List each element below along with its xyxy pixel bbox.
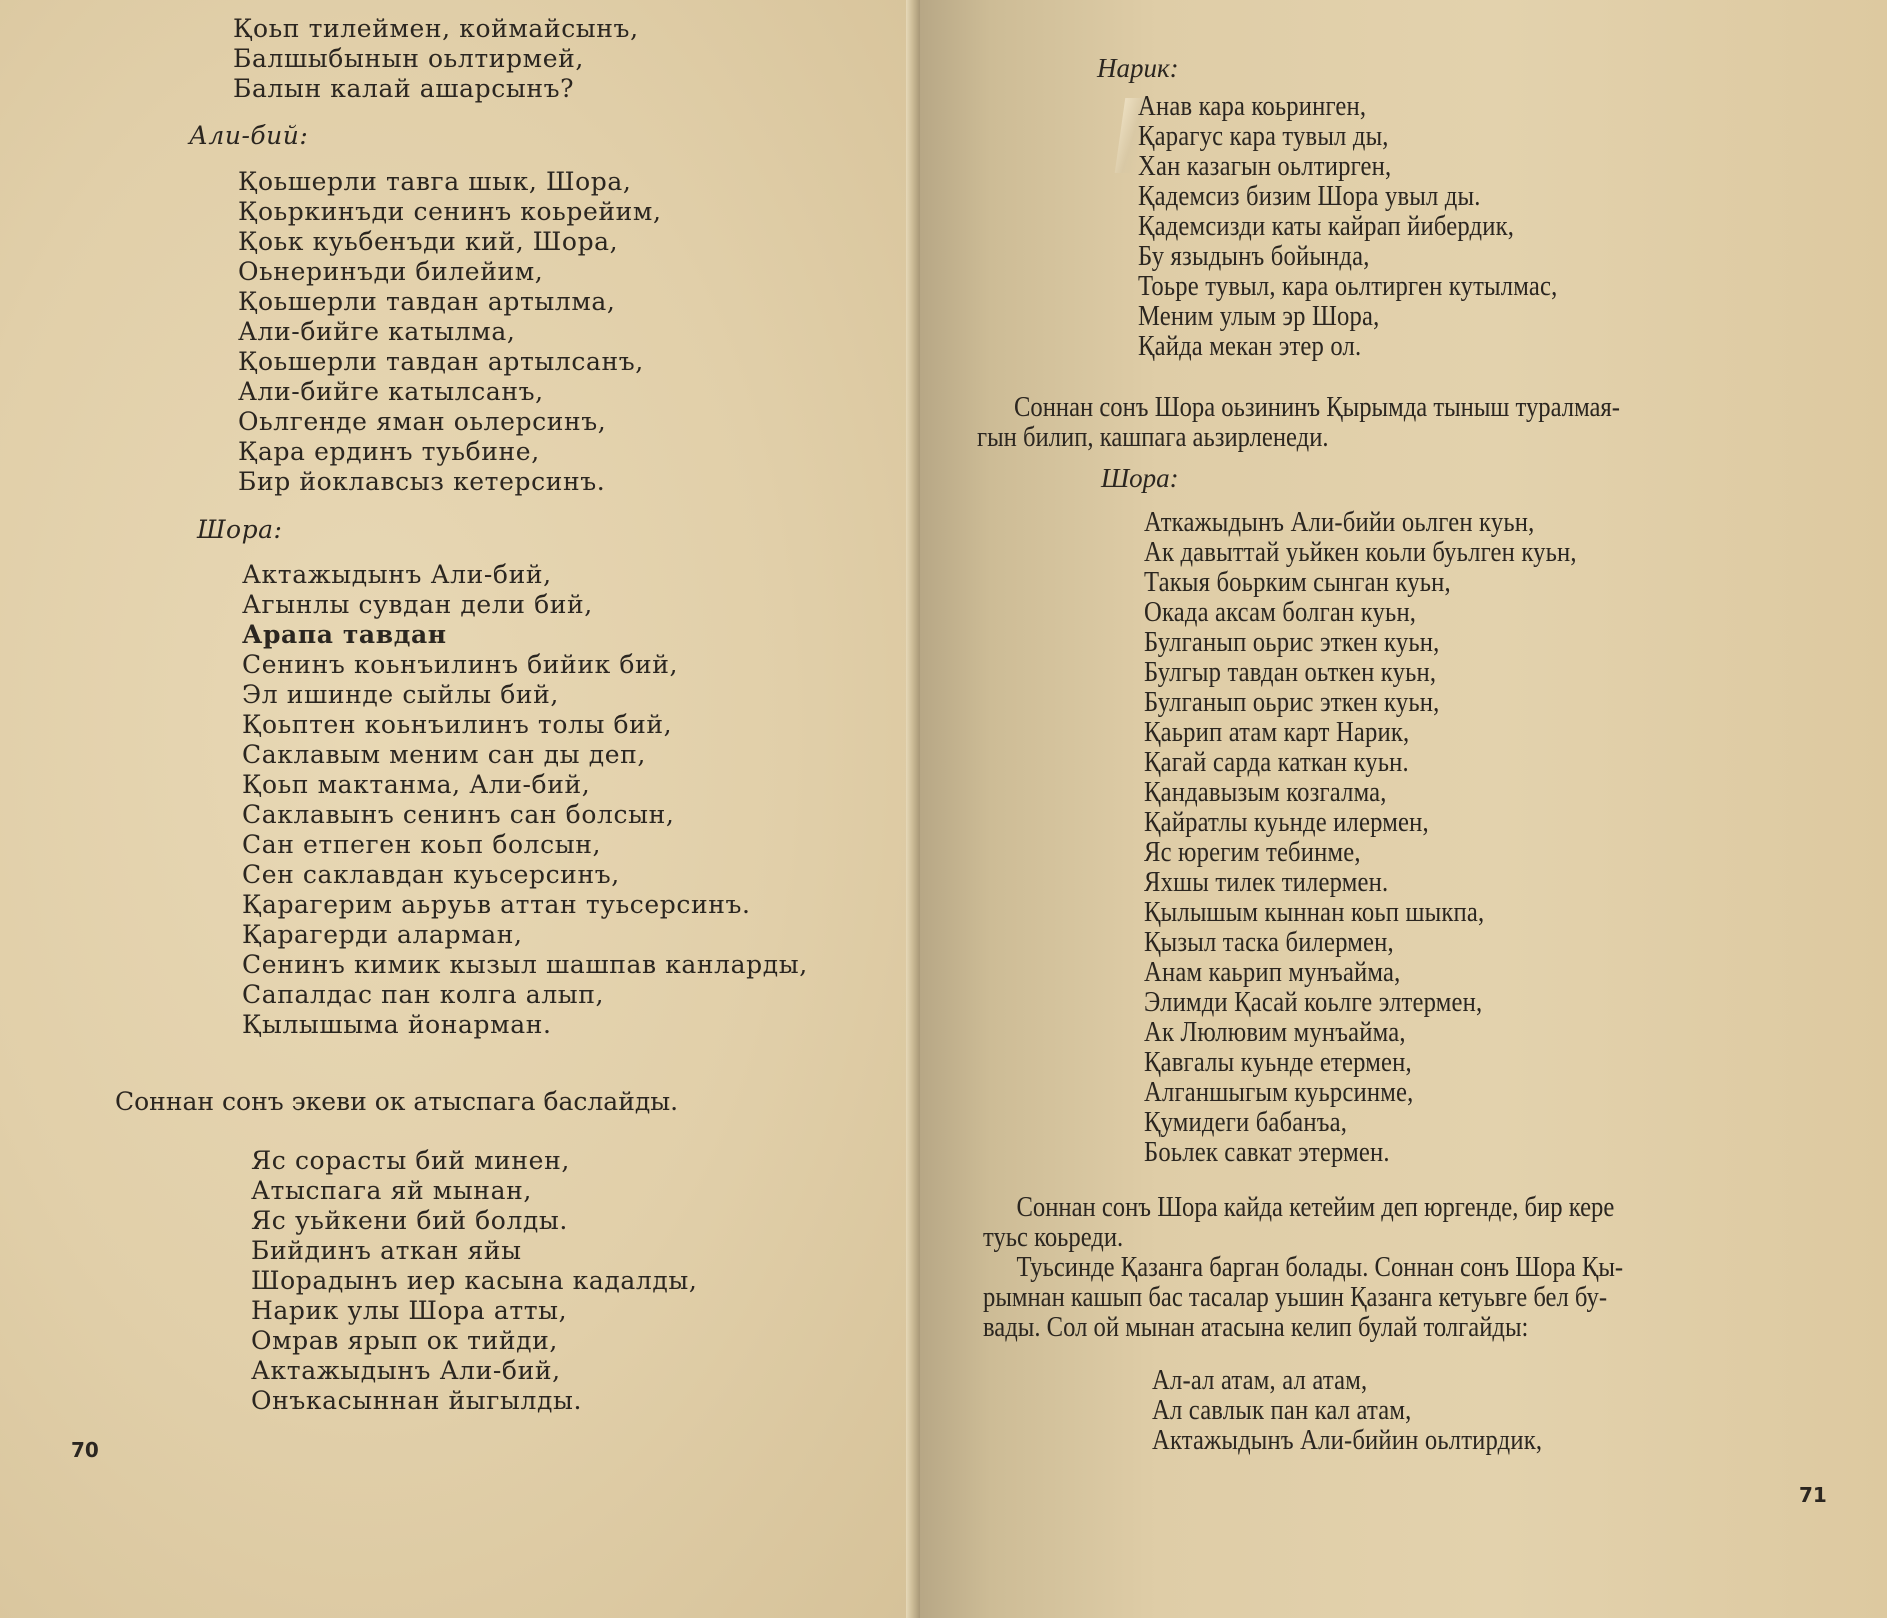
verse-line: Қагай сарда каткан куьн. [1144,748,1577,778]
verse-line: Алганшыгым куьрсинме, [1144,1078,1577,1108]
verse-line: Актажыдынъ Али-бий, [251,1356,697,1386]
right-stanza-shora: Аткажыдынъ Али-бийи оьлген куьн, Ак давы… [1144,508,1577,1168]
verse-line: Онъкасыннан йыгылды. [251,1386,697,1416]
verse-line: Такыя боьрким сынган куьн, [1144,568,1577,598]
narration-paragraph: Соннан сонъ Шора кайда кетейим деп юрген… [983,1193,1614,1253]
verse-line: Булганып оьрис эткен куьн, [1144,688,1577,718]
verse-line: Яс сорасты бий минен, [251,1146,697,1176]
verse-line: Булгыр тавдан оьткен куьн, [1144,658,1577,688]
verse-line: Анам каьрип мунъайма, [1144,958,1577,988]
narration-paragraph: Соннан сонъ экеви ок атыспага баслайды. [115,1087,678,1117]
narration-paragraph: Соннан сонъ Шора оьзининъ Қырымда тыныш … [977,393,1620,453]
verse-line: Актажыдынъ Али-бий, [242,560,808,590]
verse-line: Бийдинъ аткан яйы [251,1236,697,1266]
verse-line: Қайда мекан этер ол. [1138,332,1557,362]
verse-line: Оьлгенде яман оьлерсинъ, [238,407,662,437]
verse-line: Ал савлык пан кал атам, [1152,1396,1542,1426]
verse-line: Сапалдас пан колга алып, [242,980,808,1010]
verse-line: Қарагерди аларман, [242,920,808,950]
verse-line: Қаьрип атам карт Нарик, [1144,718,1577,748]
verse-line: Қандавызым козгалма, [1144,778,1577,808]
verse-line: Саклавынъ сенинъ сан болсын, [242,800,808,830]
verse-line: Бу языдынъ бойында, [1138,242,1557,272]
left-opening-stanza: Қоьп тилеймен, коймайсынъ, Балшыбынын оь… [233,14,639,104]
verse-line: Шорадынъ иер касына кадалды, [251,1266,697,1296]
verse-line: Қылышыма йонарман. [242,1010,808,1040]
verse-line: Қоьркинъди сенинъ коьрейим, [238,197,662,227]
verse-line: Анав кара коьринген, [1138,92,1557,122]
verse-line: Ал-ал атам, ал атам, [1152,1366,1542,1396]
verse-line: Али-бийге катылма, [238,317,662,347]
verse-line: Сенинъ кимик кызыл шашпав канларды, [242,950,808,980]
prose-line: Туьсинде Қазанга барган болады. Соннан с… [983,1253,1623,1283]
verse-line: Қадемсиз бизим Шора увыл ды. [1138,182,1557,212]
verse-line: Қоьптен коьнъилинъ толы бий, [242,710,808,740]
narration-paragraph: Туьсинде Қазанга барган болады. Соннан с… [983,1253,1623,1343]
verse-line: Қызыл таска билермен, [1144,928,1577,958]
prose-line: гын билип, кашпага аьзирленеди. [977,423,1620,453]
prose-line: туьс коьреди. [983,1223,1614,1253]
verse-line: Қоьк куьбенъди кий, Шора, [238,227,662,257]
left-stanza-shora: Актажыдынъ Али-бий, Агынлы сувдан дели б… [242,560,808,1040]
verse-line: Аткажыдынъ Али-бийи оьлген куьн, [1144,508,1577,538]
verse-line: Боьлек савкат этермен. [1144,1138,1577,1168]
speaker-heading-shora: Шора: [197,515,282,544]
prose-line: вады. Сол ой мынан атасына келип булай т… [983,1313,1623,1343]
verse-line: Элимди Қасай коьлге элтермен, [1144,988,1577,1018]
verse-line: Окада аксам болган куьн, [1144,598,1577,628]
verse-line: Қумидеги бабанъа, [1144,1108,1577,1138]
verse-line: Сан етпеген коьп болсын, [242,830,808,860]
prose-line: Соннан сонъ Шора оьзининъ Қырымда тыныш … [977,393,1620,423]
verse-line: Балын калай ашарсынъ? [233,74,639,104]
verse-line: Омрав ярып ок тийди, [251,1326,697,1356]
verse-line: Нарик улы Шора атты, [251,1296,697,1326]
verse-line: Яс юрегим тебинме, [1144,838,1577,868]
verse-line: Эл ишинде сыйлы бий, [242,680,808,710]
verse-line: Балшыбынын оьлтирмей, [233,44,639,74]
verse-line: Хан казагын оьлтирген, [1138,152,1557,182]
verse-line: Қоьп тилеймен, коймайсынъ, [233,14,639,44]
verse-line: Қоьшерли тавдан артылма, [238,287,662,317]
verse-line: Яс уьйкени бий болды. [251,1206,697,1236]
verse-line: Қарагус кара тувыл ды, [1138,122,1557,152]
verse-line: Арапа тавдан [242,620,808,650]
verse-line: Ак давыттай уьйкен коьли буьлген куьн, [1144,538,1577,568]
verse-line: Али-бийге катылсанъ, [238,377,662,407]
verse-line: Ак Люлювим мунъайма, [1144,1018,1577,1048]
verse-line: Агынлы сувдан дели бий, [242,590,808,620]
verse-line: Меним улым эр Шора, [1138,302,1557,332]
left-stanza-shooting: Яс сорасты бий минен, Атыспага яй мынан,… [251,1146,697,1416]
verse-line: Яхшы тилек тилермен. [1144,868,1577,898]
prose-line: рымнан кашып бас тасалар уьшин Қазанга к… [983,1283,1623,1313]
right-stanza-narik: Анав кара коьринген, Қарагус кара тувыл … [1138,92,1557,362]
verse-line: Қара ердинъ туьбине, [238,437,662,467]
verse-line: Бир йоклавсыз кетерсинъ. [238,467,662,497]
speaker-heading-ali-biy: Али-бий: [189,121,308,150]
verse-line: Актажыдынъ Али-бийин оьлтирдик, [1152,1426,1542,1456]
verse-line: Булганып оьрис эткен куьн, [1144,628,1577,658]
page-number-right: 71 [1799,1483,1827,1507]
verse-line: Қоьп мактанма, Али-бий, [242,770,808,800]
speaker-heading-shora: Шора: [1101,463,1179,494]
right-stanza-farewell: Ал-ал атам, ал атам, Ал савлык пан кал а… [1152,1366,1542,1456]
verse-line: Қоьшерли тавдан артылсанъ, [238,347,662,377]
verse-line: Сен саклавдан куьсерсинъ, [242,860,808,890]
verse-line: Қылышым кыннан коьп шыкпа, [1144,898,1577,928]
verse-line: Қоьшерли тавга шык, Шора, [238,167,662,197]
verse-line: Саклавым меним сан ды деп, [242,740,808,770]
verse-line: Қавгалы куьнде етермен, [1144,1048,1577,1078]
verse-line: Атыспага яй мынан, [251,1176,697,1206]
left-stanza-ali-biy: Қоьшерли тавга шык, Шора, Қоьркинъди сен… [238,167,662,497]
verse-line: Қадемсизди каты кайрап йибердик, [1138,212,1557,242]
book-spine [906,0,920,1618]
verse-line: Қарагерим аьруьв аттан туьсерсинъ. [242,890,808,920]
verse-line: Сенинъ коьнъилинъ бийик бий, [242,650,808,680]
verse-line: Тоьре тувыл, кара оьлтирген кутылмас, [1138,272,1557,302]
speaker-heading-narik: Нарик: [1097,53,1179,84]
verse-line: Оьнеринъди билейим, [238,257,662,287]
verse-line: Қайратлы куьнде илермен, [1144,808,1577,838]
page-number-left: 70 [71,1438,99,1462]
prose-line: Соннан сонъ Шора кайда кетейим деп юрген… [983,1193,1614,1223]
